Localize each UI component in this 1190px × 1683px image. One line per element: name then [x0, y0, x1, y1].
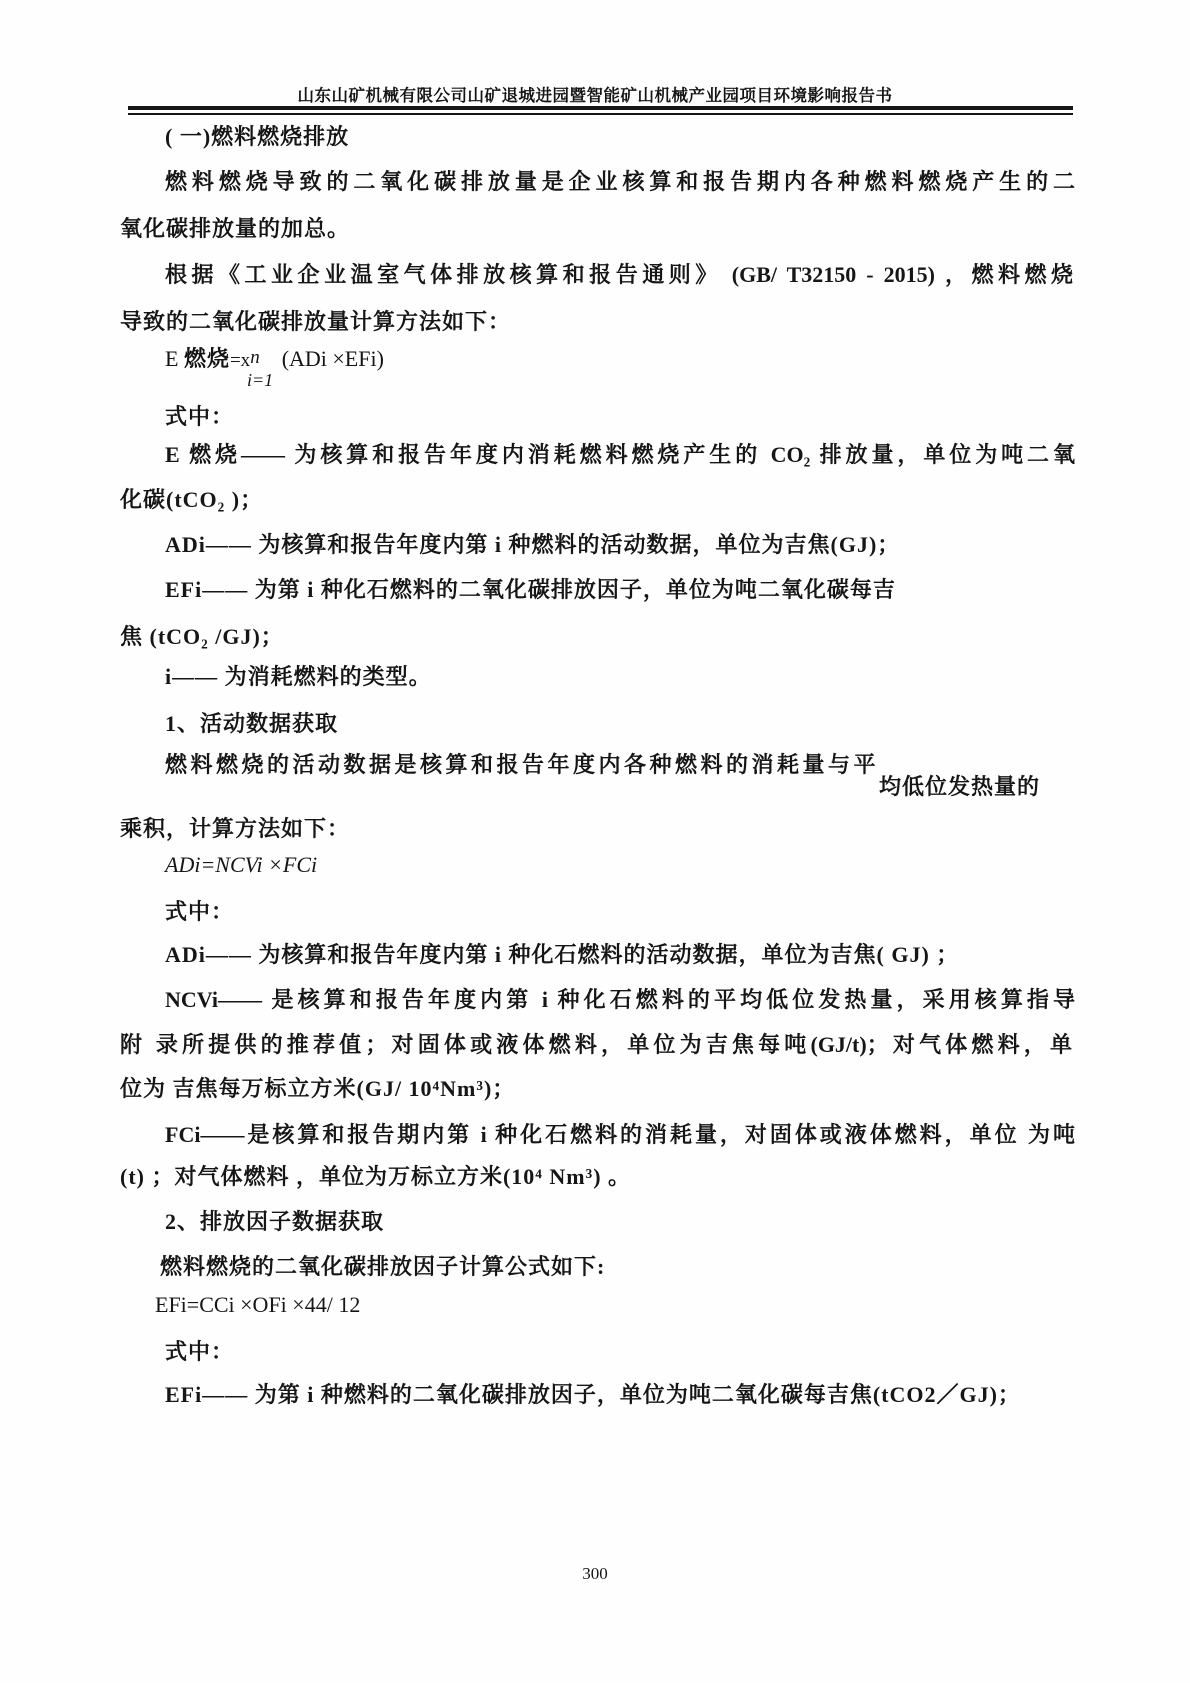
- text-line: 化碳(tCO₂ )；: [120, 483, 263, 514]
- text-line: 式中：: [165, 1335, 234, 1366]
- text-line: 位为 吉焦每万标立方米(GJ/ 10⁴Nm³)；: [120, 1072, 515, 1103]
- header-rule-thick: [128, 106, 1073, 110]
- text-line: 附 录所提供的推荐值；对固体或液体燃料，单位为吉焦每吨(GJ/t)；对气体燃料，…: [120, 1028, 1072, 1059]
- section-heading-fuel-combustion: ( 一)燃料燃烧排放: [165, 120, 349, 151]
- text-line: EFi—— 为第 i 种化石燃料的二氧化碳排放因子，单位为吨二氧化碳每吉: [165, 573, 896, 604]
- subsection-heading-activity-data: 1、活动数据获取: [165, 707, 338, 738]
- text-line: 式中：: [165, 400, 234, 431]
- text-line: (t) ；对气体燃料 ，单位为万标立方米(10⁴ Nm³) 。: [120, 1160, 631, 1191]
- formula-sum-limits: i=1: [247, 370, 273, 391]
- text-line: 乘积，计算方法如下：: [120, 812, 350, 843]
- text-line-split-tail: 均低位发热量的: [879, 774, 1040, 799]
- formula-sum-emissions: E 燃烧=xn(ADi ×EFi) i=1: [165, 342, 384, 373]
- text-line-split: 燃料燃烧的活动数据是核算和报告年度内各种燃料的消耗量与平均低位发热量的: [165, 748, 1040, 779]
- text-line: 氧化碳排放量的加总。: [120, 212, 350, 243]
- text-line-split-main: 燃料燃烧的活动数据是核算和报告年度内各种燃料的消耗量与平: [165, 752, 879, 777]
- formula-body: (ADi ×EFi): [282, 346, 384, 371]
- formula-e-name: 燃烧: [184, 346, 230, 371]
- text-line: FCi——是核算和报告期内第 i 种化石燃料的消耗量，对固体或液体燃料，单位 为…: [165, 1118, 1075, 1149]
- subsection-heading-emission-factor: 2、排放因子数据获取: [165, 1205, 384, 1236]
- text-line: ADi—— 为核算和报告年度内第 i 种化石燃料的活动数据，单位为吉焦( GJ)…: [165, 938, 959, 969]
- text-line: E 燃烧—— 为核算和报告年度内消耗燃料燃烧产生的 CO₂ 排放量，单位为吨二氧: [165, 438, 1075, 469]
- text-line: 根据《工业企业温室气体排放核算和报告通则》 (GB/ T32150 - 2015…: [165, 258, 1073, 289]
- text-line: 导致的二氧化碳排放量计算方法如下：: [120, 305, 511, 336]
- page-number: 300: [0, 1564, 1190, 1584]
- text-line: ADi—— 为核算和报告年度内第 i 种燃料的活动数据，单位为吉焦(GJ)；: [165, 528, 900, 559]
- text-line: 燃料燃烧导致的二氧化碳排放量是企业核算和报告期内各种燃料燃烧产生的二: [165, 165, 1075, 196]
- text-line: 焦 (tCO₂ /GJ)；: [120, 620, 284, 651]
- formula-sigma-upper: n: [250, 347, 260, 368]
- formula-sigma: =x: [230, 350, 250, 371]
- text-line: 式中：: [165, 895, 234, 926]
- report-header-title: 山东山矿机械有限公司山矿退城进园暨智能矿山机械产业园项目环境影响报告书: [0, 82, 1190, 106]
- text-line: 燃料燃烧的二氧化碳排放因子计算公式如下:: [160, 1250, 605, 1281]
- document-page: 山东山矿机械有限公司山矿退城进园暨智能矿山机械产业园项目环境影响报告书 ( 一)…: [0, 0, 1190, 1683]
- formula-adi: ADi=NCVi ×FCi: [165, 852, 317, 878]
- header-rule-thin: [128, 113, 1073, 115]
- text-line: NCVi—— 是核算和报告年度内第 i 种化石燃料的平均低位发热量，采用核算指导: [165, 983, 1075, 1014]
- text-line: i—— 为消耗燃料的类型。: [165, 660, 432, 691]
- formula-e-term: E: [165, 346, 184, 371]
- formula-efi: EFi=CCi ×OFi ×44/ 12: [155, 1292, 360, 1318]
- text-line: EFi—— 为第 i 种燃料的二氧化碳排放因子，单位为吨二氧化碳每吉焦(tCO2…: [165, 1378, 1021, 1409]
